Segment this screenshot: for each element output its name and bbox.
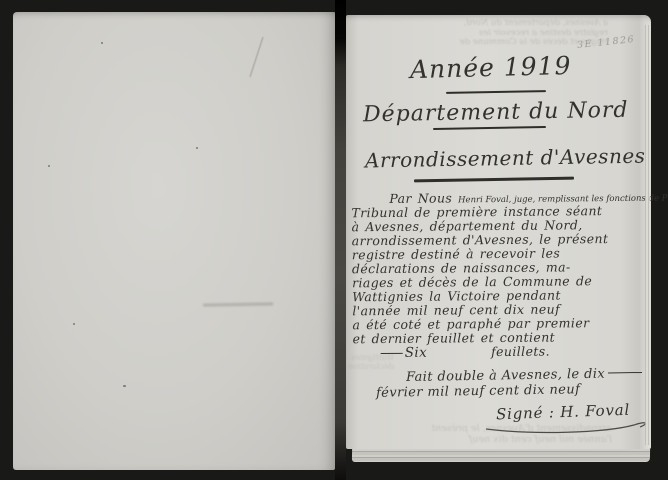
paper-speck [48, 165, 50, 167]
heading-district: Arrondissement d'Avesnes [365, 144, 646, 173]
paper-speck [101, 42, 103, 44]
paper-crease [250, 37, 264, 77]
heading-department: Département du Nord [363, 98, 629, 128]
heading-year: Année 1919 [410, 51, 572, 84]
pen-flourish [608, 372, 642, 374]
closing-line-2: février mil neuf cent dix neuf [376, 382, 581, 401]
paper-speck [73, 323, 75, 325]
paper-smudge [203, 302, 273, 306]
right-written-page: à Avesnes, département du Nord, registre… [346, 15, 651, 449]
underline-department [433, 126, 546, 130]
bleedthrough-text: arrondissement d'Avesnes, le présent l'a… [352, 423, 612, 445]
folio-count-noun: feuillets. [491, 344, 550, 360]
bleedthrough-text: Wattignies la Victoire pendant déclarati… [348, 353, 394, 371]
page-edge-stack-bottom [352, 449, 650, 462]
underline-year [446, 90, 546, 94]
left-blank-page [13, 12, 335, 470]
underline-district [414, 177, 574, 183]
register-scan: à Avesnes, département du Nord, registre… [0, 0, 668, 480]
folio-count-word: Six [405, 345, 428, 361]
paper-speck [123, 385, 126, 387]
folio-count-line: Sixfeuillets. [353, 344, 649, 361]
book-spine [335, 0, 346, 480]
paper-speck [196, 147, 198, 149]
body-paragraph: Par Nous Henri Foval, juge, remplissant … [351, 190, 648, 361]
page-edge-stack [645, 25, 650, 445]
